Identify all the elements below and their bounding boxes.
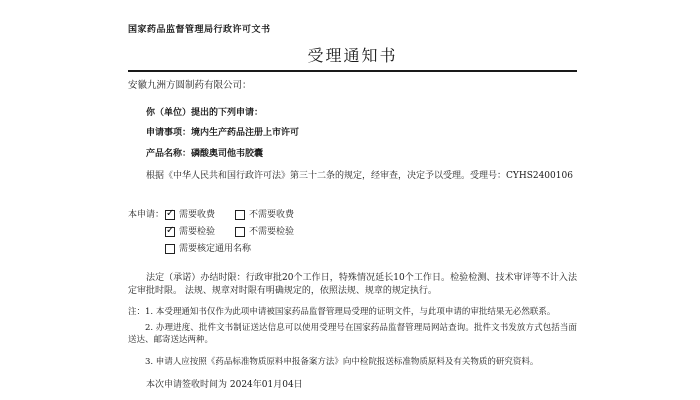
option-inspection-required: 需要检验 xyxy=(165,226,233,238)
addressee-line: 安徽九洲方圆制药有限公司： xyxy=(128,80,577,92)
options-row-fee: 需要收费 不需要收费 xyxy=(165,209,577,221)
receipt-number: CYHS2400106 xyxy=(506,171,573,181)
time-limit-paragraph: 法定（承诺）办结时限：行政审批20个工作日，特殊情况延长10个工作日。检验检测、… xyxy=(128,272,577,297)
options-caption: 本申请： xyxy=(128,209,165,260)
options-row-inspection: 需要检验 不需要检验 xyxy=(165,226,577,238)
intro-line: 你（单位）提出的下列申请： xyxy=(128,107,577,119)
option-fee-not-required: 不需要收费 xyxy=(235,209,303,221)
product-name-value: 磷酸奥司他韦胶囊 xyxy=(191,149,263,159)
checkbox-label: 不需要检验 xyxy=(249,226,294,238)
checkbox-label: 需要检验 xyxy=(179,226,215,238)
options-rows: 需要收费 不需要收费 需要检验 不需要检验 xyxy=(165,209,577,260)
note-item-2: 2. 办理进度、批件文书制证送达信息可以使用受理号在国家药品监督管理局网站查询。… xyxy=(128,322,577,346)
note-text: 1. 本受理通知书仅作为此项申请被国家药品监督管理局受理的证明文件，与此项申请的… xyxy=(145,307,555,317)
decision-line: 根据《中华人民共和国行政许可法》第三十二条的规定，经审查，决定予以受理。受理号：… xyxy=(128,170,577,182)
checkbox-unchecked-icon xyxy=(235,210,245,220)
application-options-block: 本申请： 需要收费 不需要收费 需要检验 不需要检验 xyxy=(128,209,577,260)
option-fee-required: 需要收费 xyxy=(165,209,233,221)
application-item-line: 申请事项：境内生产药品注册上市许可 xyxy=(128,127,577,139)
note-item-3: 3. 申请人应按照《药品标准物质原料申报备案方法》向中检院报送标准物质原料及有关… xyxy=(128,356,577,368)
checkbox-label: 需要收费 xyxy=(179,209,215,221)
checkbox-unchecked-icon xyxy=(235,227,245,237)
checkbox-checked-icon xyxy=(165,210,175,220)
page-title: 受理通知书 xyxy=(128,45,577,66)
checkbox-checked-icon xyxy=(165,227,175,237)
options-row-generic-name: 需要核定通用名称 xyxy=(165,243,577,255)
note-item-1: 注：1. 本受理通知书仅作为此项申请被国家药品监督管理局受理的证明文件，与此项申… xyxy=(128,306,577,318)
option-inspection-not-required: 不需要检验 xyxy=(235,226,303,238)
option-generic-name-check: 需要核定通用名称 xyxy=(165,243,251,255)
checkbox-unchecked-icon xyxy=(165,244,175,254)
doc-type-header: 国家药品监督管理局行政许可文书 xyxy=(128,24,577,36)
sign-date-line: 本次申请签收时间为 2024年01月04日 xyxy=(128,379,577,391)
title-divider xyxy=(128,70,577,72)
checkbox-label: 需要核定通用名称 xyxy=(179,243,251,255)
acceptance-notice-document: 国家药品监督管理局行政许可文书 受理通知书 安徽九洲方圆制药有限公司： 你（单位… xyxy=(0,0,700,400)
notes-label: 注： xyxy=(128,307,145,317)
application-item-label: 申请事项： xyxy=(146,128,191,138)
checkbox-label: 不需要收费 xyxy=(249,209,294,221)
decision-text: 根据《中华人民共和国行政许可法》第三十二条的规定，经审查，决定予以受理。受理号： xyxy=(146,171,506,181)
product-name-label: 产品名称： xyxy=(146,149,191,159)
application-item-value: 境内生产药品注册上市许可 xyxy=(191,128,299,138)
product-name-line: 产品名称：磷酸奥司他韦胶囊 xyxy=(128,148,577,160)
